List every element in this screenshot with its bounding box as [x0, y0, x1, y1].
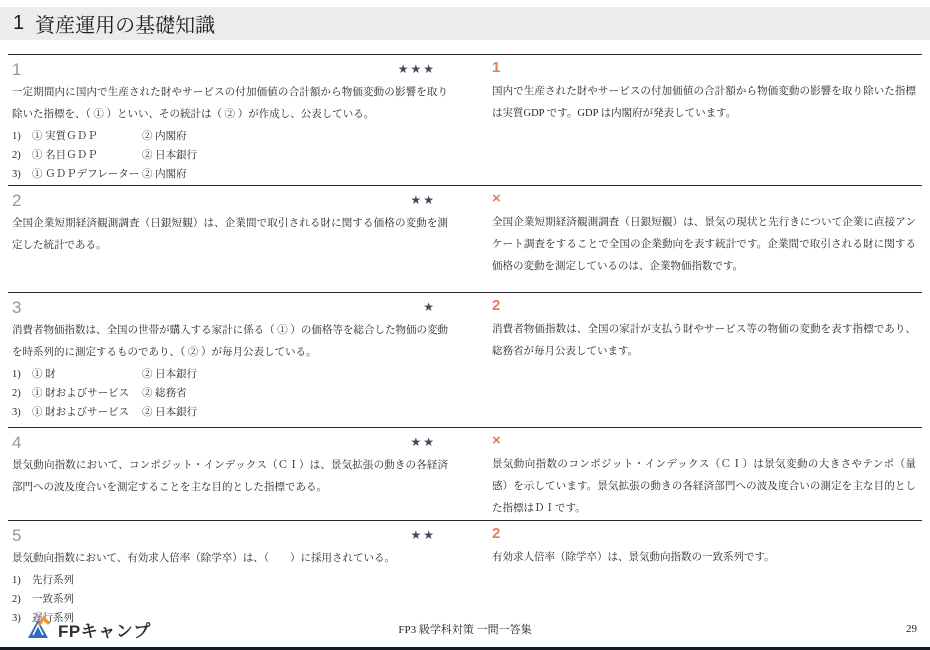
question-header: 5 ★★: [12, 524, 448, 546]
option-number: 3): [12, 403, 32, 422]
answer-mark: 1: [492, 58, 916, 78]
star-rating-icon: ★★: [410, 436, 436, 448]
option-number: 2): [12, 590, 32, 609]
option-part-a: ① 財およびサービス: [32, 403, 142, 422]
option-part-b: ② 日本銀行: [142, 146, 448, 165]
option-part-b: ② 日本銀行: [142, 365, 448, 384]
qa-row: 4 ★★ 景気動向指数において、コンポジット・インデックス（ＣＩ）は、景気拡張の…: [8, 427, 922, 520]
answer-cell: 2 消費者物価指数は、全国の家計が支払う財やサービス等の物価の変動を表す指標であ…: [492, 293, 916, 427]
option-item: 1) 先行系列: [12, 571, 448, 590]
answer-text: 景気動向指数のコンポジット・インデックス（ＣＩ）は景気変動の大きさやテンポ（量感…: [492, 454, 916, 520]
question-text: 景気動向指数において、有効求人倍率（除学卒）は、（ ）に採用されている。: [12, 548, 448, 570]
section-header: 1 資産運用の基礎知識: [0, 7, 930, 40]
answer-cell: 1 国内で生産された財やサービスの付加価値の合計額から物価変動の影響を取り除いた…: [492, 55, 916, 185]
option-part-a: ① 名目ＧＤＰ: [32, 146, 142, 165]
option-part-b: ② 内閣府: [142, 127, 448, 146]
option-item: 1) ① 実質ＧＤＰ ② 内閣府: [12, 127, 448, 146]
question-cell: 1 ★★★ 一定期間内に国内で生産された財やサービスの付加価値の合計額から物価変…: [8, 55, 454, 185]
star-rating-icon: ★★: [410, 194, 436, 206]
mountain-logo-icon: [28, 616, 54, 643]
qa-row: 3 ★ 消費者物価指数は、全国の世帯が購入する家計に係る（ ① ）の価格等を総合…: [8, 292, 922, 427]
option-item: 1) ① 財 ② 日本銀行: [12, 365, 448, 384]
qa-row: 1 ★★★ 一定期間内に国内で生産された財やサービスの付加価値の合計額から物価変…: [8, 54, 922, 185]
section-title: 資産運用の基礎知識: [35, 9, 215, 38]
question-cell: 2 ★★ 全国企業短期経済観測調査（日銀短観）は、企業間で取引される財に関する価…: [8, 186, 454, 292]
question-header: 2 ★★: [12, 189, 448, 211]
option-part-a: ① ＧＤＰデフレーター: [32, 165, 142, 184]
option-part-a: ① 財およびサービス: [32, 384, 142, 403]
answer-text: 有効求人倍率（除学卒）は、景気動向指数の一致系列です。: [492, 547, 916, 569]
answer-mark: 2: [492, 296, 916, 316]
answer-text: 全国企業短期経済観測調査（日銀短観）は、景気の現状と先行きについて企業に直接アン…: [492, 212, 916, 278]
star-rating-icon: ★★: [410, 529, 436, 541]
option-item: 2) ① 財およびサービス ② 総務省: [12, 384, 448, 403]
qa-table: 1 ★★★ 一定期間内に国内で生産された財やサービスの付加価値の合計額から物価変…: [8, 54, 922, 628]
question-cell: 3 ★ 消費者物価指数は、全国の世帯が購入する家計に係る（ ① ）の価格等を総合…: [8, 293, 454, 427]
logo-text: FPキャンプ: [58, 617, 151, 642]
question-text: 一定期間内に国内で生産された財やサービスの付加価値の合計額から物価変動の影響を取…: [12, 82, 448, 126]
answer-text: 国内で生産された財やサービスの付加価値の合計額から物価変動の影響を取り除いた指標…: [492, 81, 916, 125]
fp-camp-logo: FPキャンプ: [28, 616, 151, 643]
star-rating-icon: ★★★: [398, 63, 436, 75]
option-part-b: ② 総務省: [142, 384, 448, 403]
option-number: 3): [12, 165, 32, 184]
question-number: 1: [12, 61, 21, 78]
option-number: 1): [12, 571, 32, 590]
option-number: 2): [12, 384, 32, 403]
option-part-b: ② 日本銀行: [142, 403, 448, 422]
question-text: 景気動向指数において、コンポジット・インデックス（ＣＩ）は、景気拡張の動きの各経…: [12, 455, 448, 499]
question-header: 3 ★: [12, 296, 448, 318]
question-text: 全国企業短期経済観測調査（日銀短観）は、企業間で取引される財に関する価格の変動を…: [12, 213, 448, 257]
question-number: 5: [12, 527, 21, 544]
section-number: 1: [13, 12, 24, 35]
option-item: 2) 一致系列: [12, 590, 448, 609]
option-item: 3) ① ＧＤＰデフレーター ② 内閣府: [12, 165, 448, 184]
question-header: 1 ★★★: [12, 58, 448, 80]
page-footer: FP3 級学科対策 一問一答集 FPキャンプ 29: [0, 611, 930, 647]
option-part-a: ① 財: [32, 365, 142, 384]
question-text: 消費者物価指数は、全国の世帯が購入する家計に係る（ ① ）の価格等を総合した物価…: [12, 320, 448, 364]
question-number: 3: [12, 299, 21, 316]
question-number: 2: [12, 192, 21, 209]
answer-cell: × 全国企業短期経済観測調査（日銀短観）は、景気の現状と先行きについて企業に直接…: [492, 186, 916, 292]
answer-mark: ×: [492, 189, 916, 209]
option-number: 1): [12, 127, 32, 146]
question-cell: 4 ★★ 景気動向指数において、コンポジット・インデックス（ＣＩ）は、景気拡張の…: [8, 428, 454, 520]
question-number: 4: [12, 434, 21, 451]
answer-mark: 2: [492, 524, 916, 544]
option-list: 1) ① 実質ＧＤＰ ② 内閣府 2) ① 名目ＧＤＰ ② 日本銀行 3) ① …: [12, 127, 448, 184]
question-header: 4 ★★: [12, 431, 448, 453]
answer-mark: ×: [492, 431, 916, 451]
option-number: 2): [12, 146, 32, 165]
option-part-b: ② 内閣府: [142, 165, 448, 184]
qa-row: 2 ★★ 全国企業短期経済観測調査（日銀短観）は、企業間で取引される財に関する価…: [8, 185, 922, 292]
page-number: 29: [906, 623, 917, 635]
option-list: 1) ① 財 ② 日本銀行 2) ① 財およびサービス ② 総務省 3) ① 財…: [12, 365, 448, 422]
option-item: 2) ① 名目ＧＤＰ ② 日本銀行: [12, 146, 448, 165]
option-part-a: 先行系列: [32, 571, 142, 590]
answer-cell: × 景気動向指数のコンポジット・インデックス（ＣＩ）は景気変動の大きさやテンポ（…: [492, 428, 916, 520]
option-item: 3) ① 財およびサービス ② 日本銀行: [12, 403, 448, 422]
star-rating-icon: ★: [423, 301, 436, 313]
option-part-a: ① 実質ＧＤＰ: [32, 127, 142, 146]
option-number: 1): [12, 365, 32, 384]
option-part-a: 一致系列: [32, 590, 142, 609]
answer-text: 消費者物価指数は、全国の家計が支払う財やサービス等の物価の変動を表す指標であり、…: [492, 319, 916, 363]
